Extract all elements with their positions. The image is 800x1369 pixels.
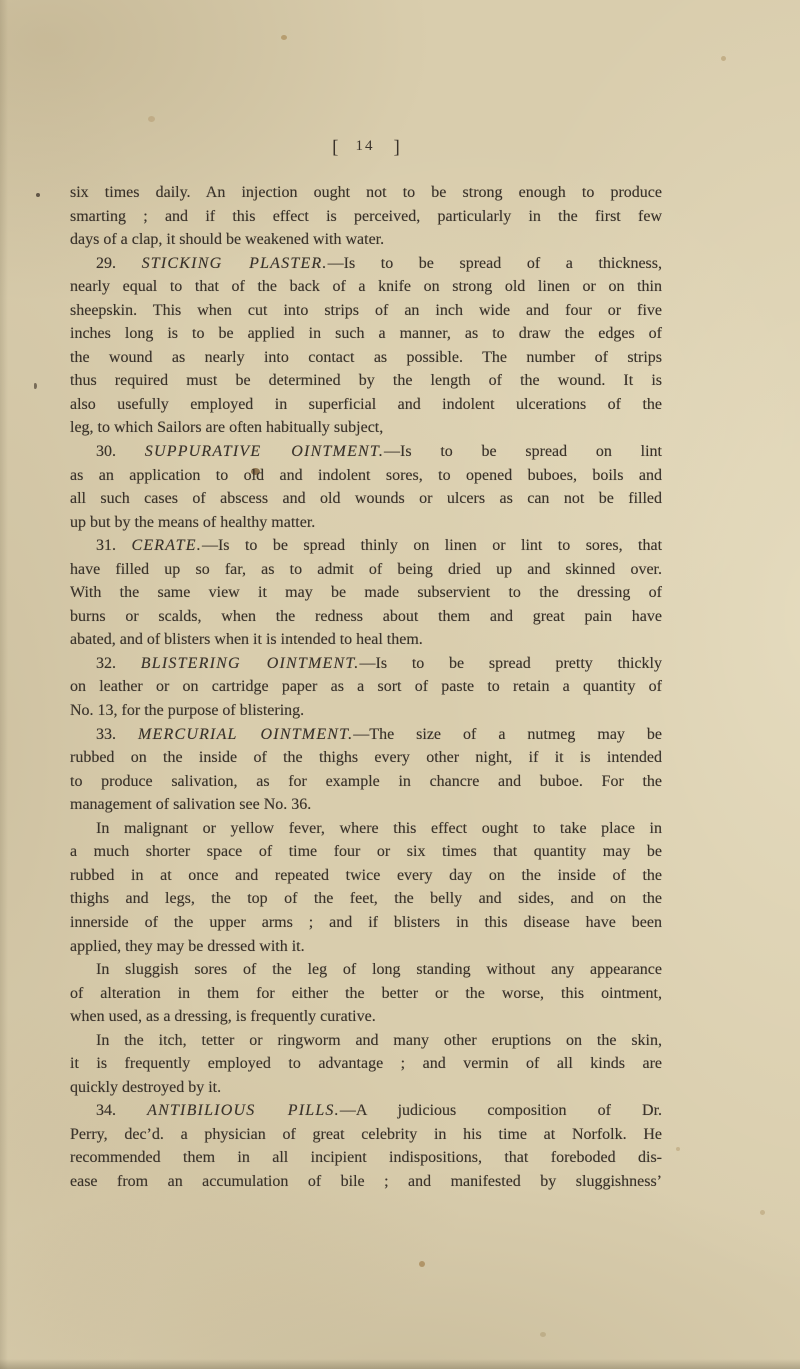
text-segment: In sluggish sores of the leg of long sta… xyxy=(96,961,662,978)
entry-title: STICKING PLASTER. xyxy=(142,255,328,272)
text-line: 31. CERATE.—Is to be spread thinly on li… xyxy=(70,534,662,558)
text-segment: —Is to be spread of a thickness, xyxy=(328,255,662,272)
text-line: thus required must be determined by the … xyxy=(70,369,662,393)
text-line: rubbed in at once and repeated twice eve… xyxy=(70,864,662,888)
paper-stain xyxy=(419,1261,425,1267)
entry-title: SUPPURATIVE OINTMENT. xyxy=(145,443,384,460)
paper-stain xyxy=(760,1210,765,1215)
text-segment: Perry, dec’d. a physician of great celeb… xyxy=(70,1126,662,1143)
text-segment: burns or scalds, when the redness about … xyxy=(70,608,662,625)
text-line: burns or scalds, when the redness about … xyxy=(70,605,662,629)
text-line: thighs and legs, the top of the feet, th… xyxy=(70,887,662,911)
paragraph: 34. ANTIBILIOUS PILLS.—A judicious compo… xyxy=(70,1099,662,1193)
text-segment: 32. xyxy=(96,655,141,672)
text-segment: a much shorter space of time four or six… xyxy=(70,843,662,860)
book-page-scan: [14] six times daily. An injection ought… xyxy=(0,0,800,1369)
entry-title: MERCURIAL OINTMENT. xyxy=(138,726,353,743)
text-segment: In the itch, tetter or ringworm and many… xyxy=(96,1032,662,1049)
text-segment: as an application to old and indolent so… xyxy=(70,467,662,484)
text-line: 32. BLISTERING OINTMENT.—Is to be spread… xyxy=(70,652,662,676)
text-segment: to produce salivation, as for example in… xyxy=(70,773,662,790)
text-line: 33. MERCURIAL OINTMENT.—The size of a nu… xyxy=(70,723,662,747)
text-line: 29. STICKING PLASTER.—Is to be spread of… xyxy=(70,252,662,276)
text-line: In the itch, tetter or ringworm and many… xyxy=(70,1029,662,1053)
text-segment: up but by the means of healthy matter. xyxy=(70,514,315,531)
paper-stain xyxy=(148,116,155,122)
text-line: 34. ANTIBILIOUS PILLS.—A judicious compo… xyxy=(70,1099,662,1123)
paragraph: In sluggish sores of the leg of long sta… xyxy=(70,958,662,1029)
page-number: 14 xyxy=(356,138,375,155)
ink-speck xyxy=(36,193,40,197)
entry-title: BLISTERING OINTMENT. xyxy=(141,655,360,672)
text-segment: —Is to be spread on lint xyxy=(384,443,662,460)
text-segment: when used, as a dressing, is frequently … xyxy=(70,1008,376,1025)
text-line: recommended them in all incipient indisp… xyxy=(70,1146,662,1170)
paragraph: In the itch, tetter or ringworm and many… xyxy=(70,1029,662,1100)
text-line: on leather or on cartridge paper as a so… xyxy=(70,675,662,699)
paragraph: In malignant or yellow fever, where this… xyxy=(70,817,662,958)
text-line: management of salivation see No. 36. xyxy=(70,793,662,817)
text-segment: 33. xyxy=(96,726,138,743)
text-line: quickly destroyed by it. xyxy=(70,1076,662,1100)
text-segment: six times daily. An injection ought not … xyxy=(70,184,662,201)
text-segment: inches long is to be applied in such a m… xyxy=(70,325,662,342)
entry-title: ANTIBILIOUS PILLS. xyxy=(147,1102,340,1119)
text-line: of alteration in them for either the bet… xyxy=(70,982,662,1006)
entry-title: CERATE. xyxy=(131,537,201,554)
text-segment: No. 13, for the purpose of blistering. xyxy=(70,702,304,719)
text-line: inches long is to be applied in such a m… xyxy=(70,322,662,346)
ink-speck xyxy=(34,383,37,389)
text-line: applied, they may be dressed with it. xyxy=(70,935,662,959)
text-segment: —The size of a nutmeg may be xyxy=(353,726,662,743)
text-line: up but by the means of healthy matter. xyxy=(70,511,662,535)
text-line: innerside of the upper arms ; and if bli… xyxy=(70,911,662,935)
paragraph: 33. MERCURIAL OINTMENT.—The size of a nu… xyxy=(70,723,662,817)
text-line: With the same view it may be made subser… xyxy=(70,581,662,605)
text-segment: rubbed on the inside of the thighs every… xyxy=(70,749,662,766)
text-line: all such cases of abscess and old wounds… xyxy=(70,487,662,511)
text-line: it is frequently employed to advantage ;… xyxy=(70,1052,662,1076)
paper-stain xyxy=(540,1332,546,1337)
text-segment: 29. xyxy=(96,255,142,272)
paragraph: six times daily. An injection ought not … xyxy=(70,181,662,252)
text-line: when used, as a dressing, is frequently … xyxy=(70,1005,662,1029)
text-line: as an application to old and indolent so… xyxy=(70,464,662,488)
paper-stain xyxy=(281,35,287,40)
text-segment: leg, to which Sailors are often habitual… xyxy=(70,419,383,436)
text-line: rubbed on the inside of the thighs every… xyxy=(70,746,662,770)
open-bracket: [ xyxy=(332,137,338,159)
text-line: days of a clap, it should be weakened wi… xyxy=(70,228,662,252)
text-segment: —A judicious composition of Dr. xyxy=(340,1102,662,1119)
text-line: smarting ; and if this effect is perceiv… xyxy=(70,205,662,229)
text-segment: the wound as nearly into contact as poss… xyxy=(70,349,662,366)
page-header: [14] xyxy=(70,136,662,158)
text-segment: applied, they may be dressed with it. xyxy=(70,938,305,955)
paper-stain xyxy=(721,56,726,61)
text-segment: rubbed in at once and repeated twice eve… xyxy=(70,867,662,884)
text-line: also usefully employed in superficial an… xyxy=(70,393,662,417)
text-segment: innerside of the upper arms ; and if bli… xyxy=(70,914,662,931)
text-line: six times daily. An injection ought not … xyxy=(70,181,662,205)
text-segment: on leather or on cartridge paper as a so… xyxy=(70,678,662,695)
text-line: a much shorter space of time four or six… xyxy=(70,840,662,864)
paragraph: 32. BLISTERING OINTMENT.—Is to be spread… xyxy=(70,652,662,723)
text-line: No. 13, for the purpose of blistering. xyxy=(70,699,662,723)
paragraph: 29. STICKING PLASTER.—Is to be spread of… xyxy=(70,252,662,440)
text-segment: have filled up so far, as to admit of be… xyxy=(70,561,662,578)
text-segment: nearly equal to that of the back of a kn… xyxy=(70,278,662,295)
text-segment: sheepskin. This when cut into strips of … xyxy=(70,302,662,319)
text-segment: smarting ; and if this effect is perceiv… xyxy=(70,208,662,225)
text-segment: 30. xyxy=(96,443,145,460)
text-segment: it is frequently employed to advantage ;… xyxy=(70,1055,662,1072)
paragraph: 31. CERATE.—Is to be spread thinly on li… xyxy=(70,534,662,652)
paragraph: 30. SUPPURATIVE OINTMENT.—Is to be sprea… xyxy=(70,440,662,534)
text-segment: also usefully employed in superficial an… xyxy=(70,396,662,413)
text-segment: In malignant or yellow fever, where this… xyxy=(96,820,662,837)
text-line: sheepskin. This when cut into strips of … xyxy=(70,299,662,323)
text-line: ease from an accumulation of bile ; and … xyxy=(70,1170,662,1194)
text-segment: management of salivation see No. 36. xyxy=(70,796,311,813)
text-line: leg, to which Sailors are often habitual… xyxy=(70,416,662,440)
text-segment: abated, and of blisters when it is inten… xyxy=(70,631,423,648)
text-segment: thus required must be determined by the … xyxy=(70,372,662,389)
text-segment: all such cases of abscess and old wounds… xyxy=(70,490,662,507)
text-segment: days of a clap, it should be weakened wi… xyxy=(70,231,384,248)
text-segment: of alteration in them for either the bet… xyxy=(70,985,662,1002)
text-segment: quickly destroyed by it. xyxy=(70,1079,221,1096)
text-line: Perry, dec’d. a physician of great celeb… xyxy=(70,1123,662,1147)
close-bracket: ] xyxy=(394,137,400,159)
text-segment: recommended them in all incipient indisp… xyxy=(70,1149,662,1166)
text-segment: 34. xyxy=(96,1102,147,1119)
text-segment: With the same view it may be made subser… xyxy=(70,584,662,601)
text-line: In sluggish sores of the leg of long sta… xyxy=(70,958,662,982)
text-line: In malignant or yellow fever, where this… xyxy=(70,817,662,841)
text-segment: ease from an accumulation of bile ; and … xyxy=(70,1173,662,1190)
text-line: nearly equal to that of the back of a kn… xyxy=(70,275,662,299)
text-line: the wound as nearly into contact as poss… xyxy=(70,346,662,370)
text-line: abated, and of blisters when it is inten… xyxy=(70,628,662,652)
text-segment: —Is to be spread thinly on linen or lint… xyxy=(202,537,662,554)
paper-stain xyxy=(676,1147,680,1151)
text-segment: 31. xyxy=(96,537,131,554)
text-line: to produce salivation, as for example in… xyxy=(70,770,662,794)
body-text: six times daily. An injection ought not … xyxy=(70,181,662,1194)
text-segment: thighs and legs, the top of the feet, th… xyxy=(70,890,662,907)
text-line: have filled up so far, as to admit of be… xyxy=(70,558,662,582)
text-segment: —Is to be spread pretty thickly xyxy=(360,655,663,672)
text-line: 30. SUPPURATIVE OINTMENT.—Is to be sprea… xyxy=(70,440,662,464)
